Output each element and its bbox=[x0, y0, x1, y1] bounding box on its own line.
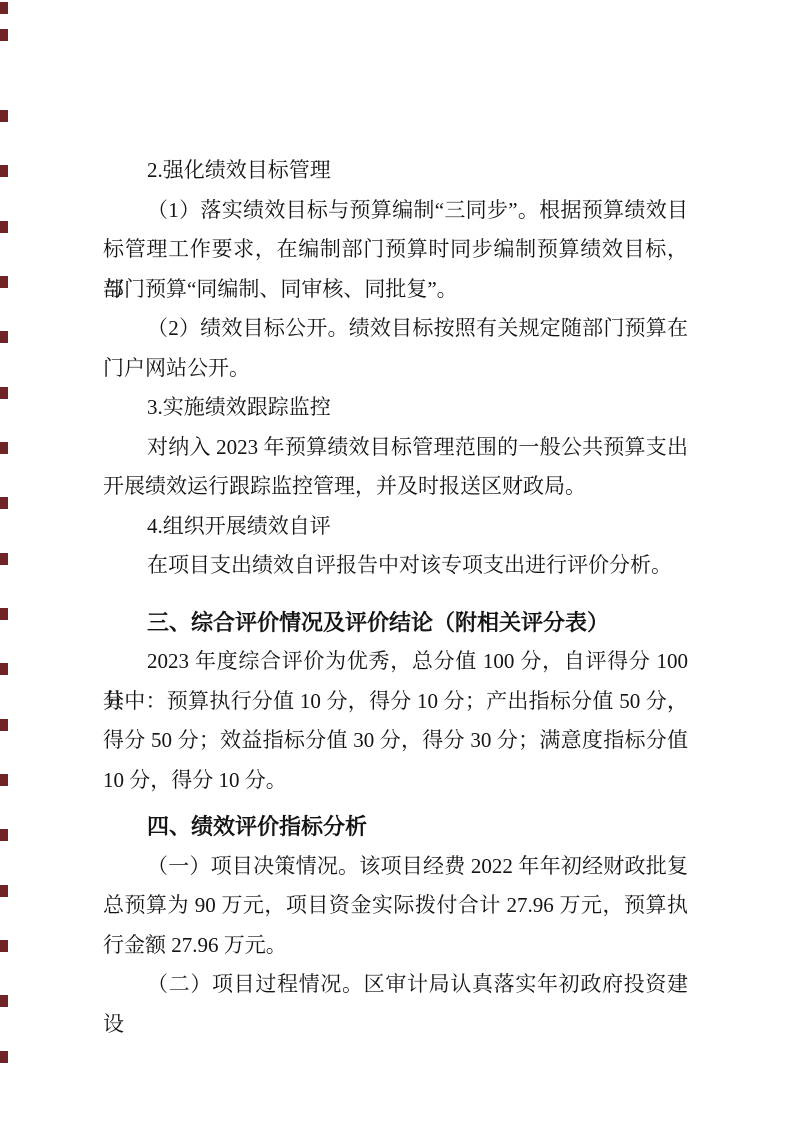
edge-artifact-mark bbox=[0, 940, 8, 952]
edge-artifact-mark bbox=[0, 165, 8, 177]
text-line: （2）绩效目标公开。绩效目标按照有关规定随部门预算在 bbox=[103, 309, 688, 349]
edge-artifact-mark bbox=[0, 774, 8, 786]
text-line: 2.强化绩效目标管理 bbox=[103, 151, 688, 191]
text-line: 2023 年度综合评价为优秀，总分值 100 分，自评得分 100 分， bbox=[103, 642, 688, 682]
section-heading: 三、综合评价情况及评价结论（附相关评分表） bbox=[103, 603, 688, 643]
text-line: 门户网站公开。 bbox=[103, 349, 688, 389]
edge-artifact-mark bbox=[0, 29, 8, 41]
text-line: 10 分，得分 10 分。 bbox=[103, 761, 688, 801]
text-line: 开展绩效运行跟踪监控管理，并及时报送区财政局。 bbox=[103, 467, 688, 507]
text-line: 3.实施绩效跟踪监控 bbox=[103, 388, 688, 428]
edge-artifact-mark bbox=[0, 995, 8, 1007]
edge-artifact-mark bbox=[0, 387, 8, 399]
text-line: （一）项目决策情况。该项目经费 2022 年年初经财政批复 bbox=[103, 847, 688, 887]
text-line: 总预算为 90 万元，项目资金实际拨付合计 27.96 万元，预算执 bbox=[103, 886, 688, 926]
edge-artifact-mark bbox=[0, 331, 8, 343]
edge-artifact-mark bbox=[0, 829, 8, 841]
edge-artifact-mark bbox=[0, 276, 8, 288]
edge-artifact-mark bbox=[0, 885, 8, 897]
page-body: 2.强化绩效目标管理（1）落实绩效目标与预算编制“三同步”。根据预算绩效目标管理… bbox=[103, 151, 688, 1005]
text-line: 4.组织开展绩效自评 bbox=[103, 507, 688, 547]
text-line: （1）落实绩效目标与预算编制“三同步”。根据预算绩效目 bbox=[103, 191, 688, 231]
edge-artifact-mark bbox=[0, 608, 8, 620]
text-line: （二）项目过程情况。区审计局认真落实年初政府投资建设 bbox=[103, 965, 688, 1005]
text-line: 标管理工作要求，在编制部门预算时同步编制预算绩效目标，与 bbox=[103, 230, 688, 270]
edge-artifact-mark bbox=[0, 2, 8, 14]
edge-artifact-mark bbox=[0, 663, 8, 675]
text-line: 在项目支出绩效自评报告中对该专项支出进行评价分析。 bbox=[103, 546, 688, 586]
text-line: 部门预算“同编制、同审核、同批复”。 bbox=[103, 270, 688, 310]
section-heading: 四、绩效评价指标分析 bbox=[103, 807, 688, 847]
edge-artifact-mark bbox=[0, 221, 8, 233]
edge-artifact-mark bbox=[0, 497, 8, 509]
text-line: 其中：预算执行分值 10 分，得分 10 分；产出指标分值 50 分， bbox=[103, 682, 688, 722]
edge-artifact-mark bbox=[0, 719, 8, 731]
edge-artifact-mark bbox=[0, 1051, 8, 1063]
edge-artifact-mark bbox=[0, 110, 8, 122]
edge-artifact-mark bbox=[0, 553, 8, 565]
edge-artifact-mark bbox=[0, 442, 8, 454]
text-line: 行金额 27.96 万元。 bbox=[103, 926, 688, 966]
text-line: 得分 50 分；效益指标分值 30 分，得分 30 分；满意度指标分值 bbox=[103, 721, 688, 761]
text-line: 对纳入 2023 年预算绩效目标管理范围的一般公共预算支出 bbox=[103, 428, 688, 468]
document-page: 2.强化绩效目标管理（1）落实绩效目标与预算编制“三同步”。根据预算绩效目标管理… bbox=[0, 0, 793, 1122]
